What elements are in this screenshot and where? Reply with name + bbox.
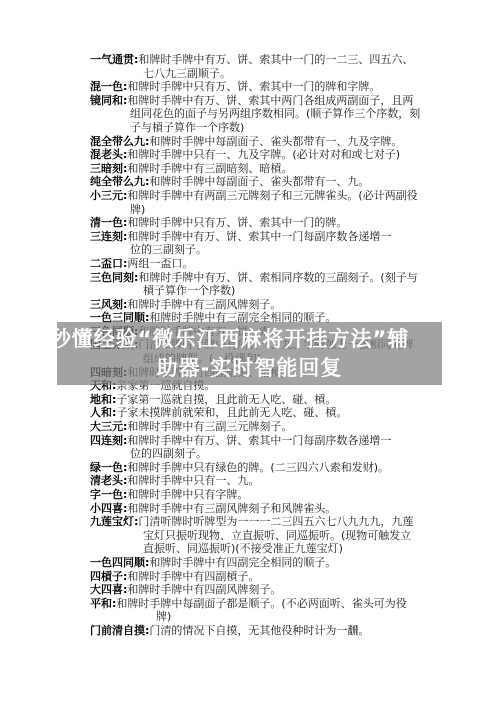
rule-term: 一气通贯: (90, 53, 138, 66)
rule-entry: 混一色:和牌时手牌中只有万、饼、索其中一门的牌和字牌。 (90, 80, 440, 94)
rule-entry: 三连刻:和牌时手牌中有万、饼、索其中一门每副序数各递增一位的三副刻子。 (90, 230, 440, 257)
rule-term: 三风刻: (90, 298, 127, 311)
rule-entry: 大三元:和牌时手牌中有三副三元牌刻子。 (90, 420, 440, 434)
rule-description: 和牌时手牌中只有万、饼、索其中一门的牌。 (127, 216, 347, 229)
rule-description: 和牌时手牌中有三副三元牌刻子。 (127, 420, 292, 433)
rule-description: 和牌时手牌中有万、饼、索其中一门每副序数各递增一 (127, 434, 391, 447)
rule-term: 九莲宝灯: (90, 515, 138, 528)
rule-term: 清老头: (90, 474, 127, 487)
rule-term: 地和: (90, 393, 116, 406)
headline-overlay-text: 秒懂经验“微乐江西麻将开挂方法”辅 助器-实时智能回复 (57, 322, 442, 383)
rule-description-continuation: 组同花色的面子与另两组序数相同。(顺子算作三个序数，刻 (90, 107, 440, 121)
rule-description: 和牌时手牌中有三副风牌刻子和风牌雀头。 (127, 502, 336, 515)
rule-term: 一色四同顺: (90, 556, 149, 569)
headline-line-1: 秒懂经验“微乐江西麻将开挂方法”辅 (17, 325, 442, 354)
rule-description: 和牌时手牌中只有一、九及字牌。(必计对对和或七对子) (127, 148, 400, 161)
rule-description-continuation: 槓子算作一个序数) (90, 284, 440, 298)
rule-description: 和牌时手牌中每副面子、雀头都带有一、九及字牌。 (149, 135, 402, 148)
rule-entry: 二盃口:两组一盃口。 (90, 257, 440, 271)
headline-line-2: 助器-实时智能回复 (57, 354, 442, 383)
rule-entry: 大四喜:和牌时手牌中有四副风牌刻子。 (90, 583, 440, 597)
rule-term: 四槓子: (90, 570, 127, 583)
rule-description: 和牌时手牌中有两副三元牌刻子和三元牌雀头。(必计两副役 (127, 189, 417, 202)
rule-description: 和牌时手牌中有万、饼、索相同序数的三副刻子。(刻子与 (138, 271, 417, 284)
rule-description: 子家第一巡就自摸，且此前无人吃、碰、槓。 (116, 393, 336, 406)
rule-description-continuation: 子与槓子算作一个序数) (90, 121, 440, 135)
rule-entry: 小三元:和牌时手牌中有两副三元牌刻子和三元牌雀头。(必计两副役牌) (90, 189, 440, 216)
rule-description-continuation: 牌) (90, 203, 440, 217)
rule-description-continuation: 位的三副刻子。 (90, 243, 440, 257)
rule-description: 和牌时手牌中只有字牌。 (127, 488, 248, 501)
headline-overlay-banner: 秒懂经验“微乐江西麻将开挂方法”辅 助器-实时智能回复 (57, 322, 442, 385)
rule-description: 子家未摸牌前就荣和，且此前无人吃、碰、槓。 (116, 406, 347, 419)
rule-entry: 清一色:和牌时手牌中只有万、饼、索其中一门的牌。 (90, 216, 440, 230)
rule-term: 平和: (90, 597, 116, 610)
rule-description: 和牌时手牌中只有万、饼、索其中一门的牌和字牌。 (127, 80, 380, 93)
rule-entry: 平和:和牌时手牌中每副面子都是顺子。(不必两面听、雀头可为役牌) (90, 597, 440, 624)
rule-entry: 混全带么九:和牌时手牌中每副面子、雀头都带有一、九及字牌。 (90, 135, 440, 149)
rule-entry: 字一色:和牌时手牌中只有字牌。 (90, 488, 440, 502)
rule-entry: 九莲宝灯:门清听牌时听牌型为一一一二三四五六七八九九九，九莲宝灯只振听现物、立直… (90, 515, 440, 556)
rule-description: 和牌时手牌中有四副风牌刻子。 (127, 583, 281, 596)
rule-entry: 绿一色:和牌时手牌中只有绿色的牌。(二三四六八索和发财)。 (90, 461, 440, 475)
rule-term: 镜同和: (90, 94, 127, 107)
rule-description-continuation: 位的四副刻子。 (90, 447, 440, 461)
rule-description: 门清听牌时听牌型为一一一二三四五六七八九九九，九莲 (138, 515, 413, 528)
rule-description: 门清的情况下自摸，无其他役种时计为一飜。 (149, 624, 369, 637)
rule-description-continuation: 直振听、同巡振听)(不接受准正九莲宝灯) (90, 542, 440, 556)
rule-entry: 一色四同顺:和牌时手牌中有四副完全相同的顺子。 (90, 556, 440, 570)
rule-term: 二盃口: (90, 257, 127, 270)
rule-description: 两组一盃口。 (127, 257, 193, 270)
rule-entry: 混老头:和牌时手牌中只有一、九及字牌。(必计对对和或七对子) (90, 148, 440, 162)
rule-entry: 四连刻:和牌时手牌中有万、饼、索其中一门每副序数各递增一位的四副刻子。 (90, 434, 440, 461)
rule-description: 和牌时手牌中每副面子都是顺子。(不必两面听、雀头可为役 (116, 597, 406, 610)
rule-term: 绿一色: (90, 461, 127, 474)
rule-description: 和牌时手牌中有四副槓子。 (127, 570, 259, 583)
rule-term: 混老头: (90, 148, 127, 161)
rule-description: 和牌时手牌中有三副暗刻、暗槓。 (127, 162, 292, 175)
rule-entry: 三风刻:和牌时手牌中有三副风牌刻子。 (90, 298, 440, 312)
rule-description: 和牌时手牌中有万、饼、索其中两门各组成两副面子，且两 (127, 94, 413, 107)
rule-term: 小三元: (90, 189, 127, 202)
rule-term: 门前清自摸: (90, 624, 149, 637)
rule-term: 四连刻: (90, 434, 127, 447)
rule-term: 三连刻: (90, 230, 127, 243)
rule-term: 大三元: (90, 420, 127, 433)
rule-entry: 四槓子:和牌时手牌中有四副槓子。 (90, 570, 440, 584)
rule-entry: 镜同和:和牌时手牌中有万、饼、索其中两门各组成两副面子，且两组同花色的面子与另两… (90, 94, 440, 135)
rule-description-continuation: 牌) (90, 610, 440, 624)
rule-description-continuation: 七八九三副顺子。 (90, 67, 440, 81)
rule-description: 和牌时手牌中有万、饼、索其中一门每副序数各递增一 (127, 230, 391, 243)
rule-entry: 纯全带么九:和牌时手牌中每副面子、雀头都带有一、九。 (90, 175, 440, 189)
rule-term: 纯全带么九: (90, 175, 149, 188)
rule-description: 和牌时手牌中有三副风牌刻子。 (127, 298, 281, 311)
rule-description: 和牌时手牌中有四副完全相同的顺子。 (149, 556, 336, 569)
rule-description: 和牌时手牌中每副面子、雀头都带有一、九。 (149, 175, 369, 188)
rule-term: 三色同刻: (90, 271, 138, 284)
rule-entry: 地和:子家第一巡就自摸，且此前无人吃、碰、槓。 (90, 393, 440, 407)
rule-entry: 三暗刻:和牌时手牌中有三副暗刻、暗槓。 (90, 162, 440, 176)
rule-term: 小四喜: (90, 502, 127, 515)
rule-description: 和牌时手牌中只有绿色的牌。(二三四六八索和发财)。 (127, 461, 389, 474)
rule-description: 和牌时手牌中有万、饼、索其中一门的一二三、四五六、 (138, 53, 413, 66)
rule-term: 大四喜: (90, 583, 127, 596)
rule-term: 人和: (90, 406, 116, 419)
rule-entry: 清老头:和牌时手牌中只有一、九。 (90, 474, 440, 488)
rule-term: 混一色: (90, 80, 127, 93)
rule-entry: 门前清自摸:门清的情况下自摸，无其他役种时计为一飜。 (90, 624, 440, 638)
rule-term: 混全带么九: (90, 135, 149, 148)
rule-entry: 一气通贯:和牌时手牌中有万、饼、索其中一门的一二三、四五六、七八九三副顺子。 (90, 53, 440, 80)
rule-term: 三暗刻: (90, 162, 127, 175)
rule-entry: 三色同刻:和牌时手牌中有万、饼、索相同序数的三副刻子。(刻子与槓子算作一个序数) (90, 271, 440, 298)
rule-term: 字一色: (90, 488, 127, 501)
rule-description: 和牌时手牌中只有一、九。 (127, 474, 259, 487)
rule-description-continuation: 宝灯只振听现物、立直振听、同巡振听。(现物可触发立 (90, 529, 440, 543)
rule-entry: 小四喜:和牌时手牌中有三副风牌刻子和风牌雀头。 (90, 502, 440, 516)
rule-entry: 人和:子家未摸牌前就荣和，且此前无人吃、碰、槓。 (90, 406, 440, 420)
rule-term: 清一色: (90, 216, 127, 229)
